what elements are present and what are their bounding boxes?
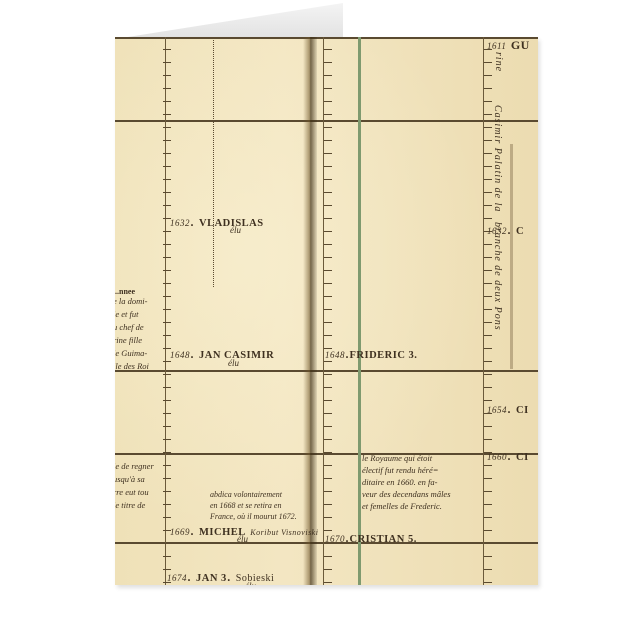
elected-note: élu (228, 358, 239, 368)
succession-line (213, 37, 215, 287)
card-fold (303, 37, 317, 585)
vertical-note: rine (493, 52, 504, 72)
ruler-entry-c: 1632. C (487, 221, 524, 239)
ruler-entry-jan-3: 1674. JAN 3. Sobieski (167, 568, 274, 585)
note-left-upper: e la domi- le et fut u chef de rine fill… (115, 295, 149, 373)
michel-annotation: abdica volontairement en 1668 et se reti… (210, 489, 297, 522)
timeline-ticks (484, 37, 492, 585)
note-left-lower: le de regner usqu'à sa rre eut tou le ti… (115, 460, 154, 512)
ruler-entry-ci-1654: 1654. CI (487, 400, 529, 418)
elected-note: élu (237, 534, 248, 544)
elected-note: élu (230, 225, 241, 235)
ruler-entry-vladislas: 1632. VLADISLAS (170, 213, 264, 231)
ruler-entry-ci-1660: 1660. CI (487, 447, 529, 465)
timeline-ticks (163, 37, 171, 585)
denmark-annotation: le Royaume qui étoit électif fut rendu h… (362, 452, 451, 512)
elected-note: élu (245, 581, 256, 585)
card-back-flap (115, 3, 343, 39)
sweden-succession-line (510, 144, 513, 369)
ruler-entry-frideric-3: 1648.FRIDERIC 3. (325, 345, 417, 363)
timeline-ticks (324, 37, 332, 585)
vertical-note: Casimir Palatin de la (492, 105, 503, 212)
denmark-succession-line (358, 37, 361, 585)
ruler-entry-cristian-5: 1670.CRISTIAN 5. (325, 529, 417, 547)
ruler-entry-jan-casimir: 1648. JAN CASIMIR (170, 345, 274, 363)
greeting-card-front: ...nnee e la domi- le et fut u chef de r… (115, 37, 538, 585)
